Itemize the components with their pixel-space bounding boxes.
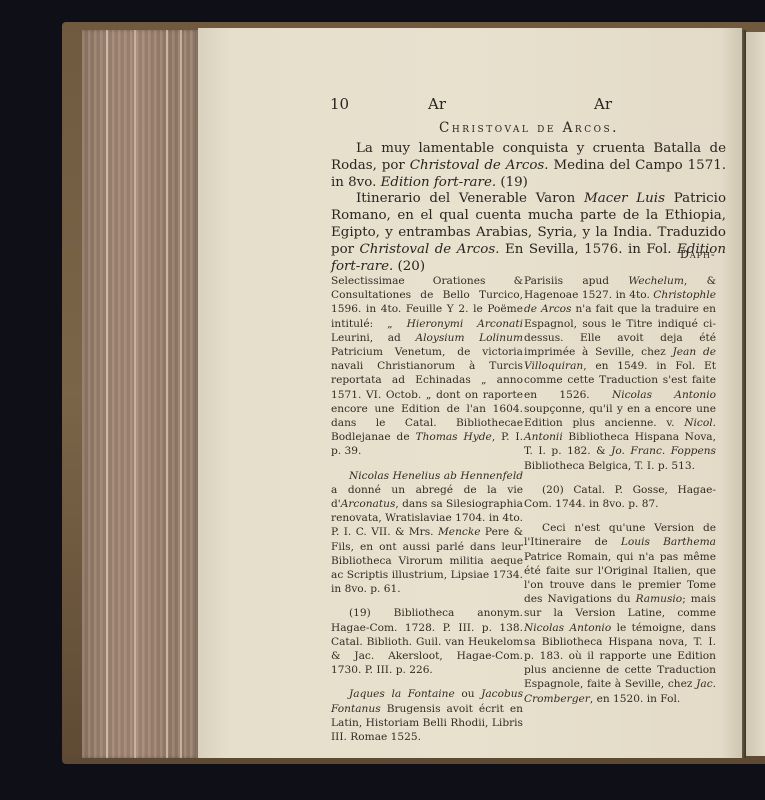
text-run: Itinerario del Venerable Varon: [356, 191, 584, 206]
text-run: (19): [496, 175, 528, 190]
running-head-right: Ar: [594, 95, 612, 113]
italic-text: Nicolas Antonio: [524, 622, 611, 634]
italic-text: Mencke: [438, 526, 481, 538]
text-run: , en 1520. in Fol.: [590, 693, 680, 705]
text-run: Parisiis apud: [524, 275, 628, 287]
facing-page-edge: [746, 32, 765, 756]
italic-text: Christoval de Arcos.: [360, 242, 500, 257]
edge-stripe: [106, 30, 108, 758]
author-heading: Christoval de Arcos.: [330, 120, 728, 136]
italic-text: Arconatus: [341, 498, 396, 510]
text-run: (20): [393, 259, 425, 274]
text-run: Bibliotheca Belgica, T. I. p. 513.: [524, 460, 695, 472]
footnote-paragraph: Jaques la Fontaine ou Jacobus Fontanus B…: [331, 687, 523, 744]
running-head: 10 Ar Ar: [330, 95, 728, 113]
page-number: 10: [330, 95, 349, 113]
footnote-paragraph: Ceci n'est qu'une Version de l'Itinerair…: [524, 521, 716, 706]
italic-text: Nicolas Antonio: [612, 389, 716, 401]
footnote-paragraph: (20) Catal. P. Gosse, Hagae-Com. 1744. i…: [524, 483, 716, 511]
italic-text: Aloysium Lolinum: [415, 332, 523, 344]
text-run: ou: [455, 688, 481, 700]
running-head-left: Ar: [428, 95, 446, 113]
edge-stripe: [180, 30, 182, 758]
page-block-fore-edge: [82, 30, 198, 758]
footnotes-left-column: Selectissimae Orationes & Consultationes…: [331, 274, 523, 754]
italic-text: Nicolas Henelius ab Hennenfeld: [349, 470, 523, 482]
italic-text: Jaques la Fontaine: [349, 688, 455, 700]
italic-text: Louis Barthema: [621, 536, 716, 548]
edge-stripe: [134, 30, 136, 758]
footnote-paragraph: Parisiis apud Wechelum, & Hagenoae 1527.…: [524, 274, 716, 473]
edge-stripe: [166, 30, 168, 758]
italic-text: Ramusio: [636, 593, 683, 605]
footnotes-right-column: Parisiis apud Wechelum, & Hagenoae 1527.…: [524, 274, 716, 716]
italic-text: Edition fort-rare.: [381, 175, 497, 190]
text-run: En Sevilla, 1576. in Fol.: [499, 242, 677, 257]
italic-text: Thomas Hyde: [416, 431, 492, 443]
footnote-paragraph: Selectissimae Orationes & Consultationes…: [331, 274, 523, 459]
bibliography-entry-19: La muy lamentable conquista y cruenta Ba…: [331, 140, 726, 191]
text-run: Patricium Venetum, de victoria navali Ch…: [331, 346, 523, 443]
catchword: Daph-: [680, 248, 716, 261]
italic-text: Jo. Franc. Foppens: [611, 445, 716, 457]
italic-text: Christoval de Arcos.: [410, 158, 549, 173]
italic-text: Wechelum: [628, 275, 684, 287]
text-run: (19) Bibliotheca anonym. Hagae-Com. 1728…: [331, 607, 523, 676]
text-run: (20) Catal. P. Gosse, Hagae-Com. 1744. i…: [524, 484, 716, 510]
italic-text: Macer Luis: [584, 191, 665, 206]
italic-text: Hieronymi Arconati: [407, 318, 523, 330]
text-run: Leurini, ad: [331, 332, 415, 344]
bibliography-entry-20: Itinerario del Venerable Varon Macer Lui…: [331, 190, 726, 275]
footnote-paragraph: (19) Bibliotheca anonym. Hagae-Com. 1728…: [331, 606, 523, 677]
footnote-paragraph: Nicolas Henelius ab Hennenfeld a donné u…: [331, 469, 523, 597]
